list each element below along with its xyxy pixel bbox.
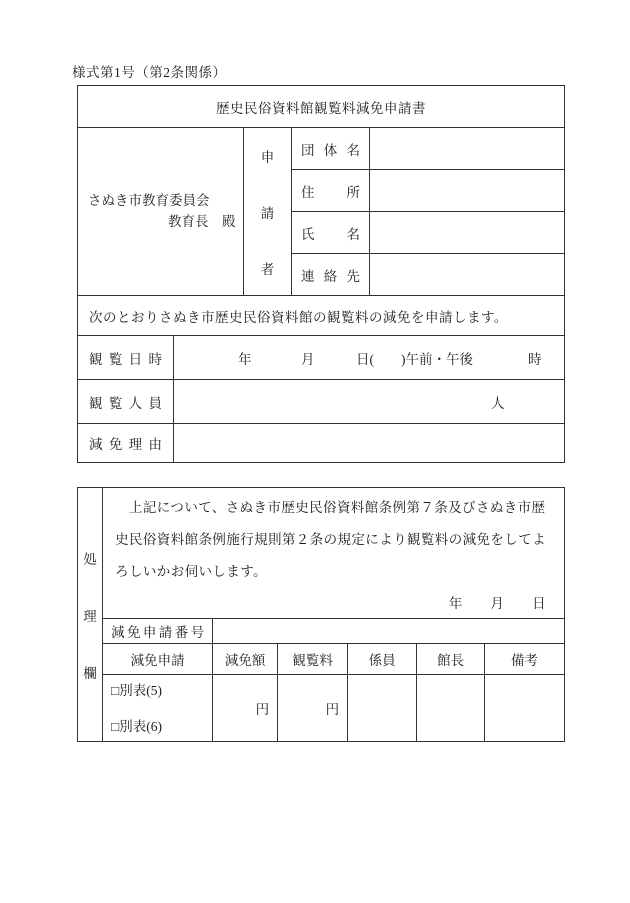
addressee-line2: 教育長 殿	[88, 211, 243, 232]
header-remarks: 備考	[485, 644, 564, 674]
table-row: 連絡先	[292, 254, 564, 295]
table-row: 減免申請番号	[103, 619, 564, 644]
yen-unit: 円	[326, 698, 340, 718]
approval-statement-line3: ろしいかお伺いします。	[115, 556, 546, 588]
header-exemption-application: 減免申請	[103, 644, 213, 674]
exemption-number-input-cell[interactable]	[213, 619, 564, 643]
addressee-cell: さぬき市教育委員会 教育長 殿	[78, 128, 244, 295]
contact-input-cell[interactable]	[370, 254, 564, 295]
table-row: 減免理由	[78, 424, 564, 462]
table-row: 氏名	[292, 212, 564, 254]
name-input-cell[interactable]	[370, 212, 564, 253]
applicant-char-3: 者	[261, 258, 275, 278]
director-stamp-cell[interactable]	[417, 675, 485, 741]
yen-unit: 円	[256, 698, 270, 718]
processing-column-label: 処 理 欄	[78, 488, 103, 741]
table-row: 住所	[292, 170, 564, 212]
contact-label: 連絡先	[292, 254, 370, 295]
applicant-block: さぬき市教育委員会 教育長 殿 申 請 者 団体名 住所 氏名	[78, 128, 564, 296]
group-name-label-text: 団体名	[301, 139, 360, 159]
approval-statement-line2: 史民俗資料館条例施行規則第２条の規定により観覧料の減免をしてよ	[115, 524, 546, 556]
processing-char-1: 処	[83, 548, 97, 568]
viewer-count-label-text: 観覧人員	[89, 392, 162, 412]
address-input-cell[interactable]	[370, 170, 564, 211]
applicant-fields: 団体名 住所 氏名 連絡先	[292, 128, 564, 295]
application-table: 歴史民俗資料館観覧料減免申請書 さぬき市教育委員会 教育長 殿 申 請 者 団体…	[77, 85, 565, 463]
header-staff: 係員	[348, 644, 417, 674]
viewing-datetime-input-cell[interactable]: 年 月 日( )午前・午後 時	[174, 336, 564, 379]
exemption-amount-input-cell[interactable]: 円	[213, 675, 278, 741]
month-unit: 月	[301, 348, 315, 368]
approval-statement-cell: 上記について、さぬき市歴史民俗資料館条例第７条及びさぬき市歴 史民俗資料館条例施…	[103, 488, 564, 619]
table-row: 観覧日時 年 月 日( )午前・午後 時	[78, 336, 564, 380]
exemption-number-label-text: 減免申請番号	[111, 621, 204, 641]
person-unit: 人	[491, 392, 505, 412]
header-director: 館長	[417, 644, 485, 674]
viewing-datetime-label-text: 観覧日時	[89, 348, 162, 368]
exemption-application-cell: □別表(5) □別表(6)	[103, 675, 213, 741]
processing-char-2: 理	[83, 605, 97, 625]
exemption-number-label: 減免申請番号	[103, 619, 213, 643]
processing-table: 処 理 欄 上記について、さぬき市歴史民俗資料館条例第７条及びさぬき市歴 史民俗…	[77, 487, 565, 742]
table-row: 団体名	[292, 128, 564, 170]
form-page: 様式第1号（第2条関係） 歴史民俗資料館観覧料減免申請書 さぬき市教育委員会 教…	[0, 0, 630, 903]
hour-unit: 時	[528, 348, 542, 368]
grid-header-row: 減免申請 減免額 観覧料 係員 館長 備考	[103, 644, 564, 675]
application-statement: 次のとおりさぬき市歴史民俗資料館の観覧料の減免を申請します。	[78, 296, 564, 336]
year-unit: 年	[238, 348, 252, 368]
approval-date-line: 年 月 日	[115, 588, 546, 619]
addressee-line1: さぬき市教育委員会	[88, 190, 243, 211]
name-label-text: 氏名	[301, 223, 360, 243]
name-label: 氏名	[292, 212, 370, 253]
header-admission-fee: 観覧料	[278, 644, 348, 674]
day-ampm-unit: 日( )午前・午後	[356, 348, 473, 368]
checkbox-schedule6[interactable]: □別表(6)	[111, 715, 206, 735]
remarks-input-cell[interactable]	[485, 675, 564, 741]
viewer-count-input-cell[interactable]: 人	[174, 380, 564, 423]
table-row: 観覧人員 人	[78, 380, 564, 424]
applicant-vertical-label: 申 請 者	[244, 128, 292, 295]
form-title: 歴史民俗資料館観覧料減免申請書	[78, 86, 564, 128]
exemption-reason-input-cell[interactable]	[174, 424, 564, 462]
viewing-datetime-label: 観覧日時	[78, 336, 174, 379]
group-name-label: 団体名	[292, 128, 370, 169]
viewer-count-label: 観覧人員	[78, 380, 174, 423]
exemption-reason-label-text: 減免理由	[89, 433, 162, 453]
processing-char-3: 欄	[83, 662, 97, 682]
applicant-char-1: 申	[261, 146, 275, 166]
header-exemption-amount: 減免額	[213, 644, 278, 674]
grid-value-row: □別表(5) □別表(6) 円 円	[103, 675, 564, 741]
exemption-reason-label: 減免理由	[78, 424, 174, 462]
address-label-text: 住所	[301, 181, 360, 201]
checkbox-schedule5[interactable]: □別表(5)	[111, 679, 206, 699]
contact-label-text: 連絡先	[301, 265, 360, 285]
form-number-label: 様式第1号（第2条関係）	[72, 61, 227, 81]
processing-main: 上記について、さぬき市歴史民俗資料館条例第７条及びさぬき市歴 史民俗資料館条例施…	[103, 488, 564, 741]
applicant-char-2: 請	[261, 202, 275, 222]
staff-stamp-cell[interactable]	[348, 675, 417, 741]
admission-fee-input-cell[interactable]: 円	[278, 675, 348, 741]
approval-statement-line1: 上記について、さぬき市歴史民俗資料館条例第７条及びさぬき市歴	[115, 492, 546, 524]
group-name-input-cell[interactable]	[370, 128, 564, 169]
address-label: 住所	[292, 170, 370, 211]
